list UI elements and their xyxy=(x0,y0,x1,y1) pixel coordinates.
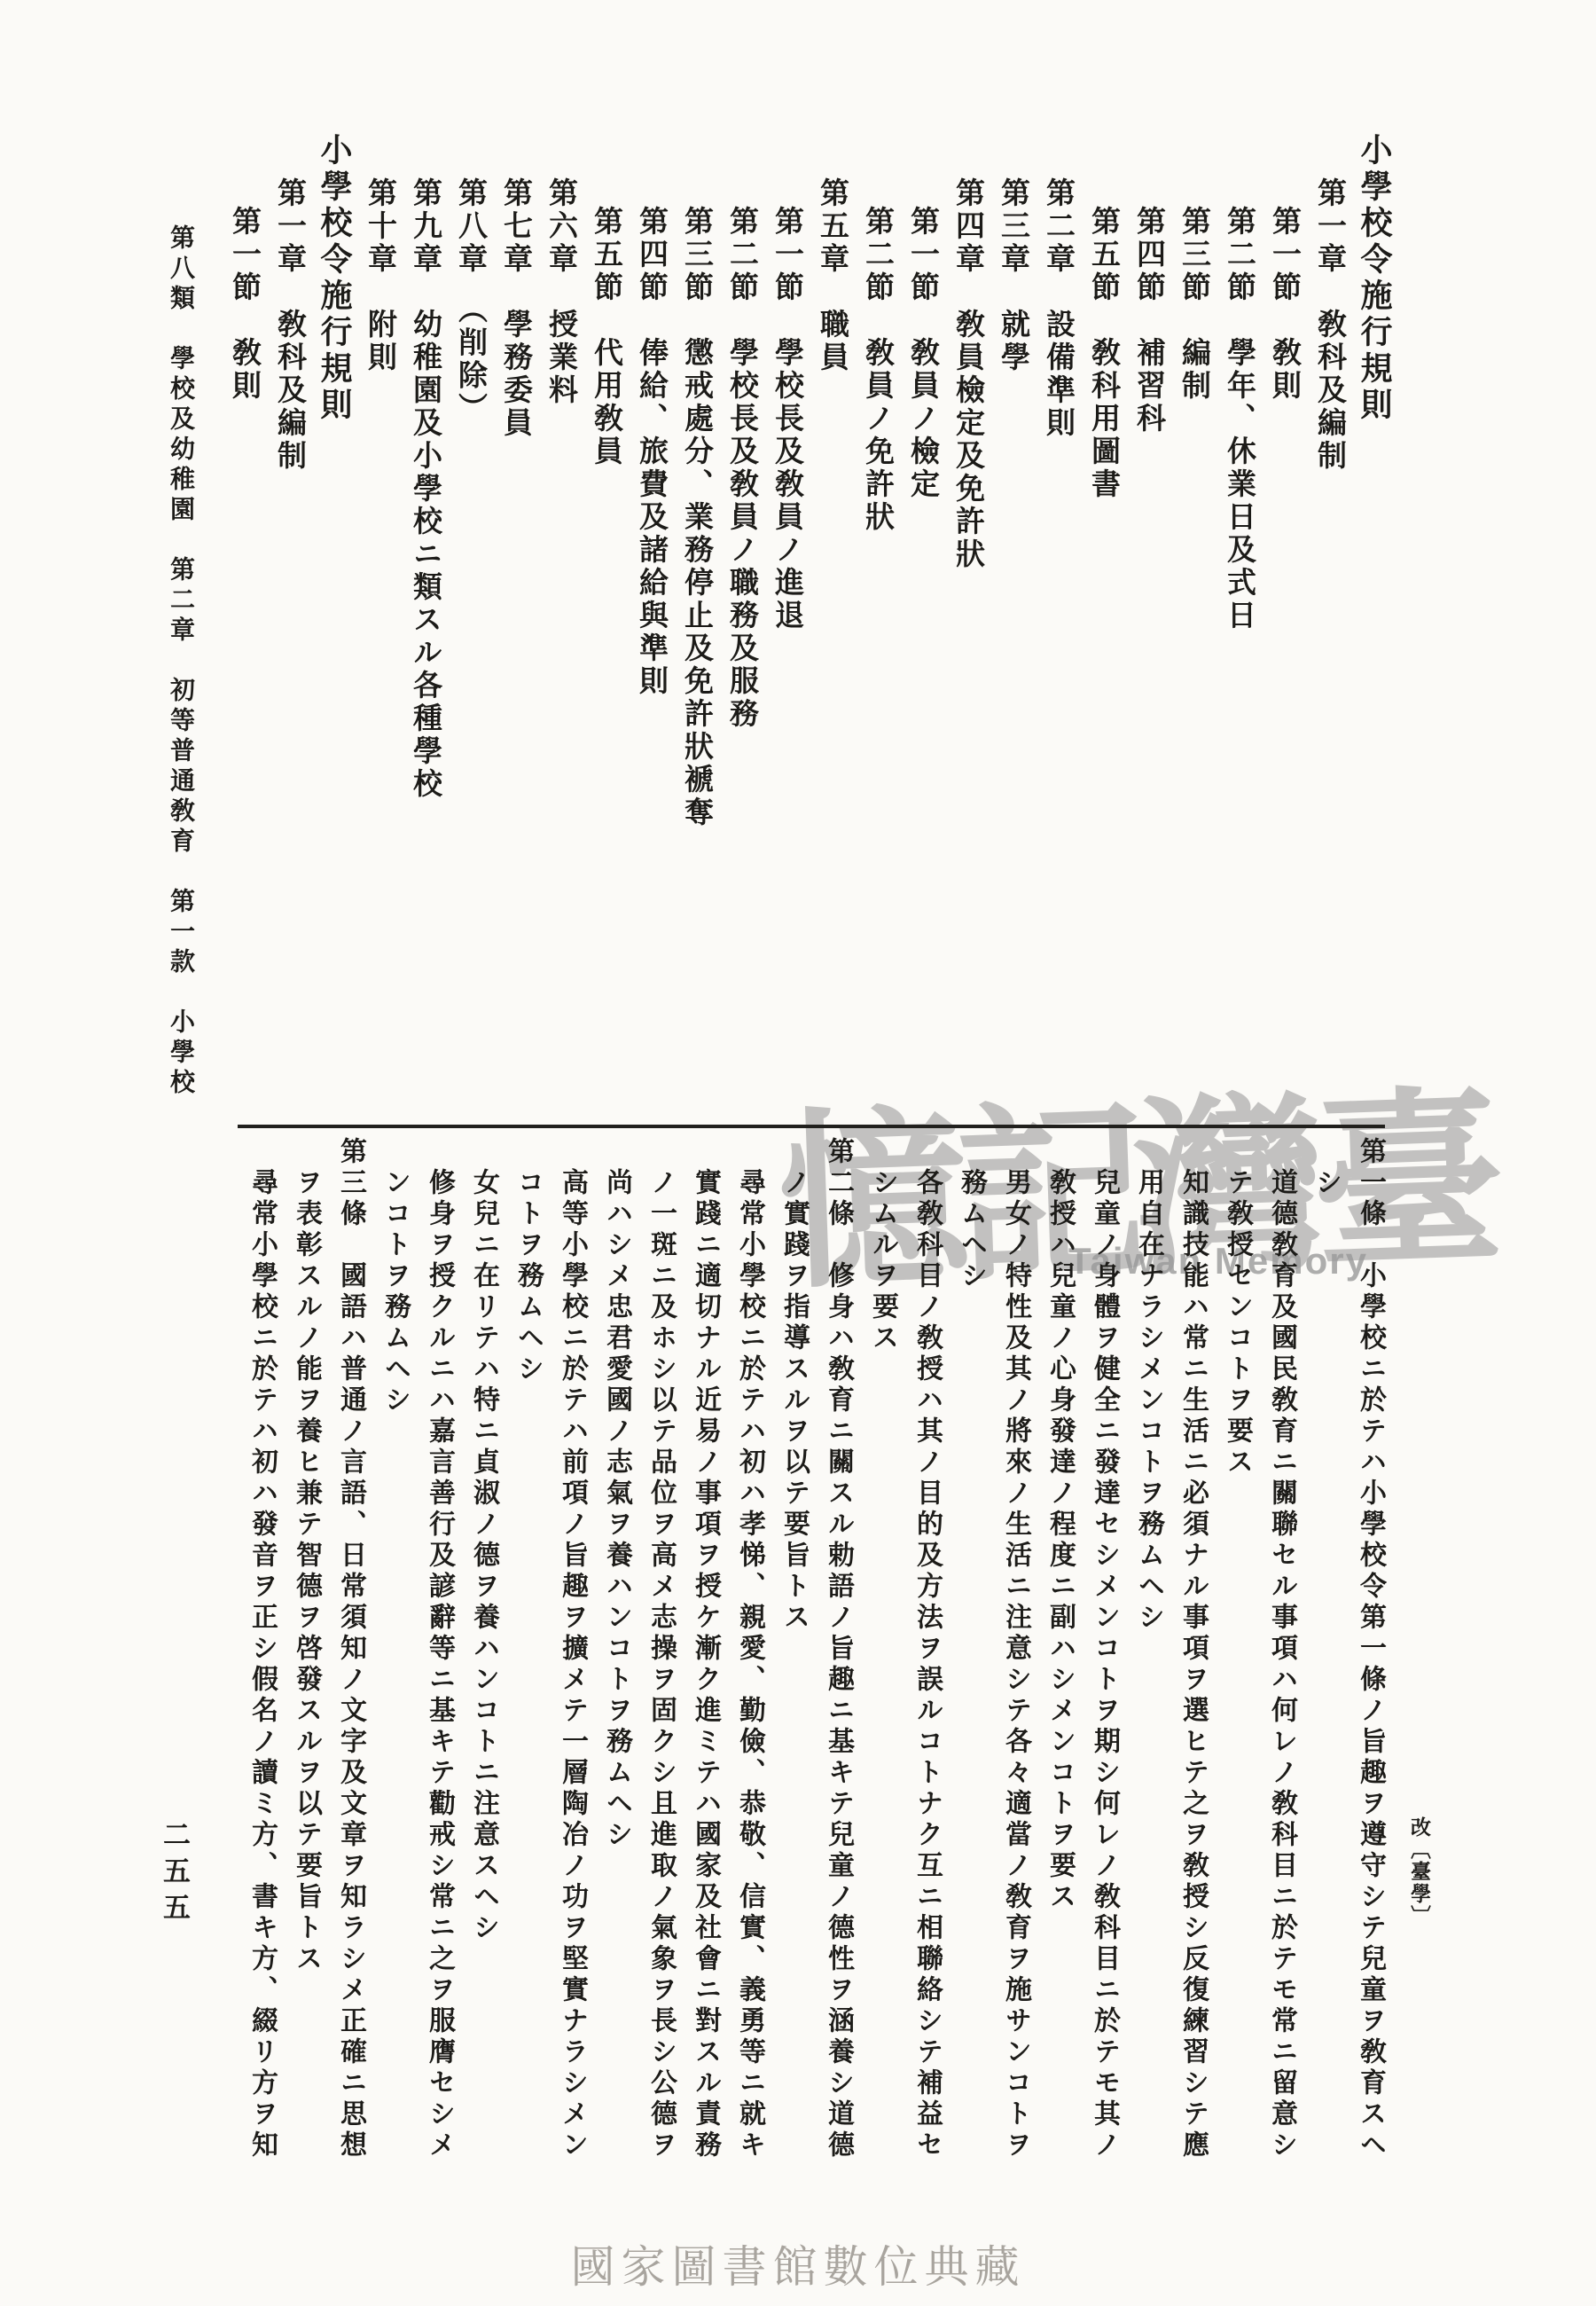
toc-column: 第一節 敎則 xyxy=(221,133,266,1135)
body-column: 男女ノ特性及其ノ將來ノ生活ニ注意シテ各々適當ノ敎育ヲ施サンコトヲ xyxy=(993,1137,1037,2188)
body-column: 敎授ハ兒童ノ心身發達ノ程度ニ副ハシメンコトヲ要ス xyxy=(1037,1137,1082,2188)
section-divider xyxy=(238,1125,1385,1128)
body-column: 務ムヘシ xyxy=(949,1137,993,2188)
toc-column: 小學校令施行規則 xyxy=(311,133,356,1135)
body-column: 第一條 小學校ニ於テハ小學校令第一條ノ旨趣ヲ遵守シテ兒童ヲ敎育スヘ xyxy=(1348,1137,1392,2188)
toc-column: 第一章 敎科及編制 xyxy=(266,133,311,1135)
body-column: 尋常小學校ニ於テハ初ハ發音ヲ正シ假名ノ讀ミ方、書キ方、綴リ方ヲ知 xyxy=(239,1137,284,2188)
toc-column: 第八類 學校及幼稚園 第二章 初等普通敎育 第一款 小學校 xyxy=(158,133,203,1135)
toc-column: 第三章 就學 xyxy=(990,133,1035,1135)
body-column: 知識技能ハ常ニ生活ニ必須ナル事項ヲ選ヒテ之ヲ敎授シ反復練習シテ應 xyxy=(1170,1137,1215,2188)
toc-column: 第四章 敎員檢定及免許狀 xyxy=(944,133,990,1135)
toc-column: 第五節 敎科用圖書 xyxy=(1080,133,1125,1135)
body-column: 尋常小學校ニ於テハ初ハ孝悌、親愛、勤儉、恭敬、信實、義勇等ニ就キ xyxy=(727,1137,771,2188)
body-column: 高等小學校ニ於テハ前項ノ旨趣ヲ擴メテ一層陶冶ノ功ヲ堅實ナラシメン xyxy=(550,1137,594,2188)
toc-column: 第一章 敎科及編制 xyxy=(1306,133,1351,1135)
body-column: 修身ヲ授クルニハ嘉言善行及諺辭等ニ基キテ勸戒シ常ニ之ヲ服膺セシメ xyxy=(417,1137,461,2188)
toc-column: 第二節 學校長及敎員ノ職務及服務 xyxy=(718,133,763,1135)
body-column: シムルヲ要ス xyxy=(860,1137,904,2188)
toc-column: 小學校令施行規則 xyxy=(1351,133,1396,1135)
body-column: ンコトヲ務ムヘシ xyxy=(372,1137,417,2188)
toc-column: 第一節 學校長及敎員ノ進退 xyxy=(763,133,809,1135)
body-column: 兒童ノ身體ヲ健全ニ發達セシメンコトヲ期シ何レノ敎科目ニ於テモ其ノ xyxy=(1082,1137,1126,2188)
toc-column: 第一節 敎員ノ檢定 xyxy=(899,133,944,1135)
toc-column: 第九章 幼稚園及小學校ニ類スル各種學校 xyxy=(402,133,447,1135)
toc-column: 第三節 懲戒處分、業務停止及免許狀褫奪 xyxy=(673,133,718,1135)
toc-column: 第五節 代用敎員 xyxy=(583,133,628,1135)
toc-column: 第十章 附則 xyxy=(356,133,402,1135)
body-column: ノ實踐ヲ指導スルヲ以テ要旨トス xyxy=(771,1137,816,2188)
body-column: 第二條 修身ハ敎育ニ關スル勅語ノ旨趣ニ基キテ兒童ノ德性ヲ涵養シ道德 xyxy=(816,1137,860,2188)
toc-column: 第二節 學年、休業日及式日 xyxy=(1216,133,1261,1135)
toc-column: 第二節 敎員ノ免許狀 xyxy=(854,133,899,1135)
body-column: 女兒ニ在リテハ特ニ貞淑ノ德ヲ養ハンコトニ注意スヘシ xyxy=(461,1137,505,2188)
footer-caption: 國家圖書館數位典藏 xyxy=(0,2231,1596,2295)
toc-column: 第六章 授業料 xyxy=(537,133,583,1135)
body-column: 實踐ニ適切ナル近易ノ事項ヲ授ケ漸ク進ミテハ國家及社會ニ對スル責務 xyxy=(683,1137,727,2188)
body-column: ノ一斑ニ及ホシ以テ品位ヲ高メ志操ヲ固クシ且進取ノ氣象ヲ長シ公德ヲ xyxy=(638,1137,683,2188)
body-column: シ xyxy=(1303,1137,1348,2188)
body-column: 各敎科目ノ敎授ハ其ノ目的及方法ヲ誤ルコトナク互ニ相聯絡シテ補益セ xyxy=(904,1137,949,2188)
body-column: ヲ表彰スルノ能ヲ養ヒ兼テ智德ヲ啓發スルヲ以テ要旨トス xyxy=(284,1137,328,2188)
body-section: 第一條 小學校ニ於テハ小學校令第一條ノ旨趣ヲ遵守シテ兒童ヲ敎育スヘ シ 道德敎育… xyxy=(239,1137,1392,2188)
toc-column: 第三節 編制 xyxy=(1170,133,1216,1135)
body-column: コトヲ務ムヘシ xyxy=(505,1137,550,2188)
toc-column: 第四節 補習科 xyxy=(1125,133,1170,1135)
body-column: 用自在ナラシメンコトヲ務ムヘシ xyxy=(1126,1137,1170,2188)
toc-column: 第七章 學務委員 xyxy=(492,133,537,1135)
toc-column: 第八章 （削除） xyxy=(447,133,492,1135)
body-column: 道德敎育及國民敎育ニ關聯セル事項ハ何レノ敎科目ニ於テモ常ニ留意シ xyxy=(1259,1137,1303,2188)
toc-column: 第五章 職員 xyxy=(809,133,854,1135)
margin-note: 改〔臺學〕 xyxy=(1404,1816,1434,1927)
body-column: 尚ハシメ忠君愛國ノ志氣ヲ養ハンコトヲ務ムヘシ xyxy=(594,1137,638,2188)
body-column: テ敎授センコトヲ要ス xyxy=(1215,1137,1259,2188)
page-number: 二五五 xyxy=(154,1820,194,1929)
toc-column: 第四節 俸給、旅費及諸給與準則 xyxy=(628,133,673,1135)
toc-section: 小學校令施行規則第一章 敎科及編制第一節 敎則第二節 學年、休業日及式日第三節 … xyxy=(158,133,1396,1135)
body-column: 第三條 國語ハ普通ノ言語、日常須知ノ文字及文章ヲ知ラシメ正確ニ思想 xyxy=(328,1137,372,2188)
page: 憶記灣臺 Taiwan Memory 小學校令施行規則第一章 敎科及編制第一節 … xyxy=(0,0,1596,2306)
toc-column: 第二章 設備準則 xyxy=(1035,133,1080,1135)
toc-column: 第一節 敎則 xyxy=(1261,133,1306,1135)
